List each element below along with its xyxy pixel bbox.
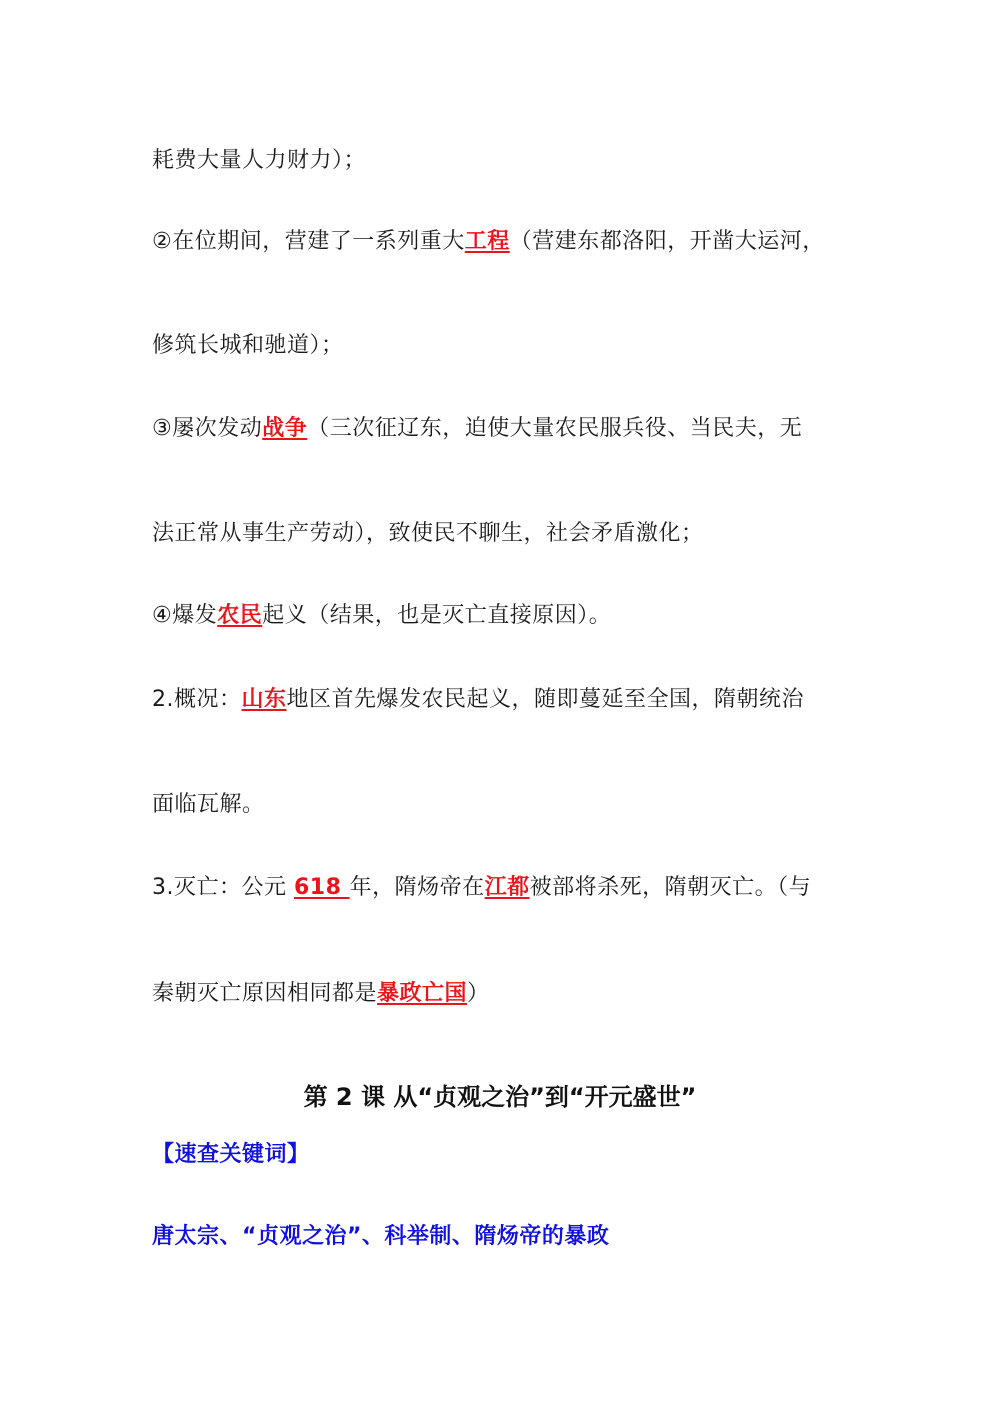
text-line-7: 2.概况：山东地区首先爆发农民起义，随即蔓延至全国，隋朝统治 (152, 685, 804, 715)
keyword-section-label: 【速查关键词】 (152, 1140, 310, 1170)
text-line-2: ②在位期间，营建了一系列重大工程（营建东都洛阳，开凿大运河， (152, 227, 825, 257)
highlighted-keyword: 战争 (262, 416, 307, 441)
text-line-10: 秦朝灭亡原因相同都是暴政亡国） (152, 979, 490, 1009)
text: 被部将杀死，隋朝灭亡。（与 (530, 875, 812, 900)
highlighted-keyword: 山东 (242, 687, 287, 712)
text-line-8: 面临瓦解。 (152, 790, 265, 820)
highlighted-keyword: 农民 (217, 603, 262, 628)
text: 秦朝灭亡原因相同都是 (152, 981, 377, 1006)
text: 2.概况： (152, 687, 242, 712)
text: （三次征辽东，迫使大量农民服兵役、当民夫，无 (307, 416, 802, 441)
text: ） (467, 981, 490, 1006)
text: 面临瓦解。 (152, 792, 265, 817)
text: ②在位期间，营建了一系列重大 (152, 229, 465, 254)
text: （营建东都洛阳，开凿大运河， (510, 229, 825, 254)
text-line-4: ③屡次发动战争（三次征辽东，迫使大量农民服兵役、当民夫，无 (152, 414, 802, 444)
text: ④爆发 (152, 603, 217, 628)
text: 起义（结果，也是灭亡直接原因）。 (262, 603, 611, 628)
keyword-list: 唐太宗、“贞观之治”、科举制、隋炀帝的暴政 (152, 1222, 609, 1252)
text-line-5: 法正常从事生产劳动），致使民不聊生，社会矛盾激化； (152, 519, 704, 549)
highlighted-keyword: 江都 (485, 875, 530, 900)
highlighted-year: 618 (294, 875, 350, 900)
highlighted-keyword: 工程 (465, 229, 510, 254)
text: 年，隋炀帝在 (350, 875, 485, 900)
text-line-1: 耗费大量人力财力）； (152, 146, 366, 176)
text: 法正常从事生产劳动），致使民不聊生，社会矛盾激化； (152, 521, 704, 546)
text: 耗费大量人力财力）； (152, 148, 366, 173)
text-line-9: 3.灭亡：公元 618 年，隋炀帝在江都被部将杀死，隋朝灭亡。（与 (152, 873, 811, 903)
text: ③屡次发动 (152, 416, 262, 441)
lesson-title: 第 2 课 从“贞观之治”到“开元盛世” (0, 1080, 1000, 1114)
text-line-6: ④爆发农民起义（结果，也是灭亡直接原因）。 (152, 601, 611, 631)
text-line-3: 修筑长城和驰道）； (152, 331, 344, 361)
text: 修筑长城和驰道）； (152, 333, 344, 358)
highlighted-keyword: 暴政亡国 (377, 981, 467, 1006)
text: 3.灭亡：公元 (152, 875, 294, 900)
text: 地区首先爆发农民起义，随即蔓延至全国，隋朝统治 (287, 687, 805, 712)
